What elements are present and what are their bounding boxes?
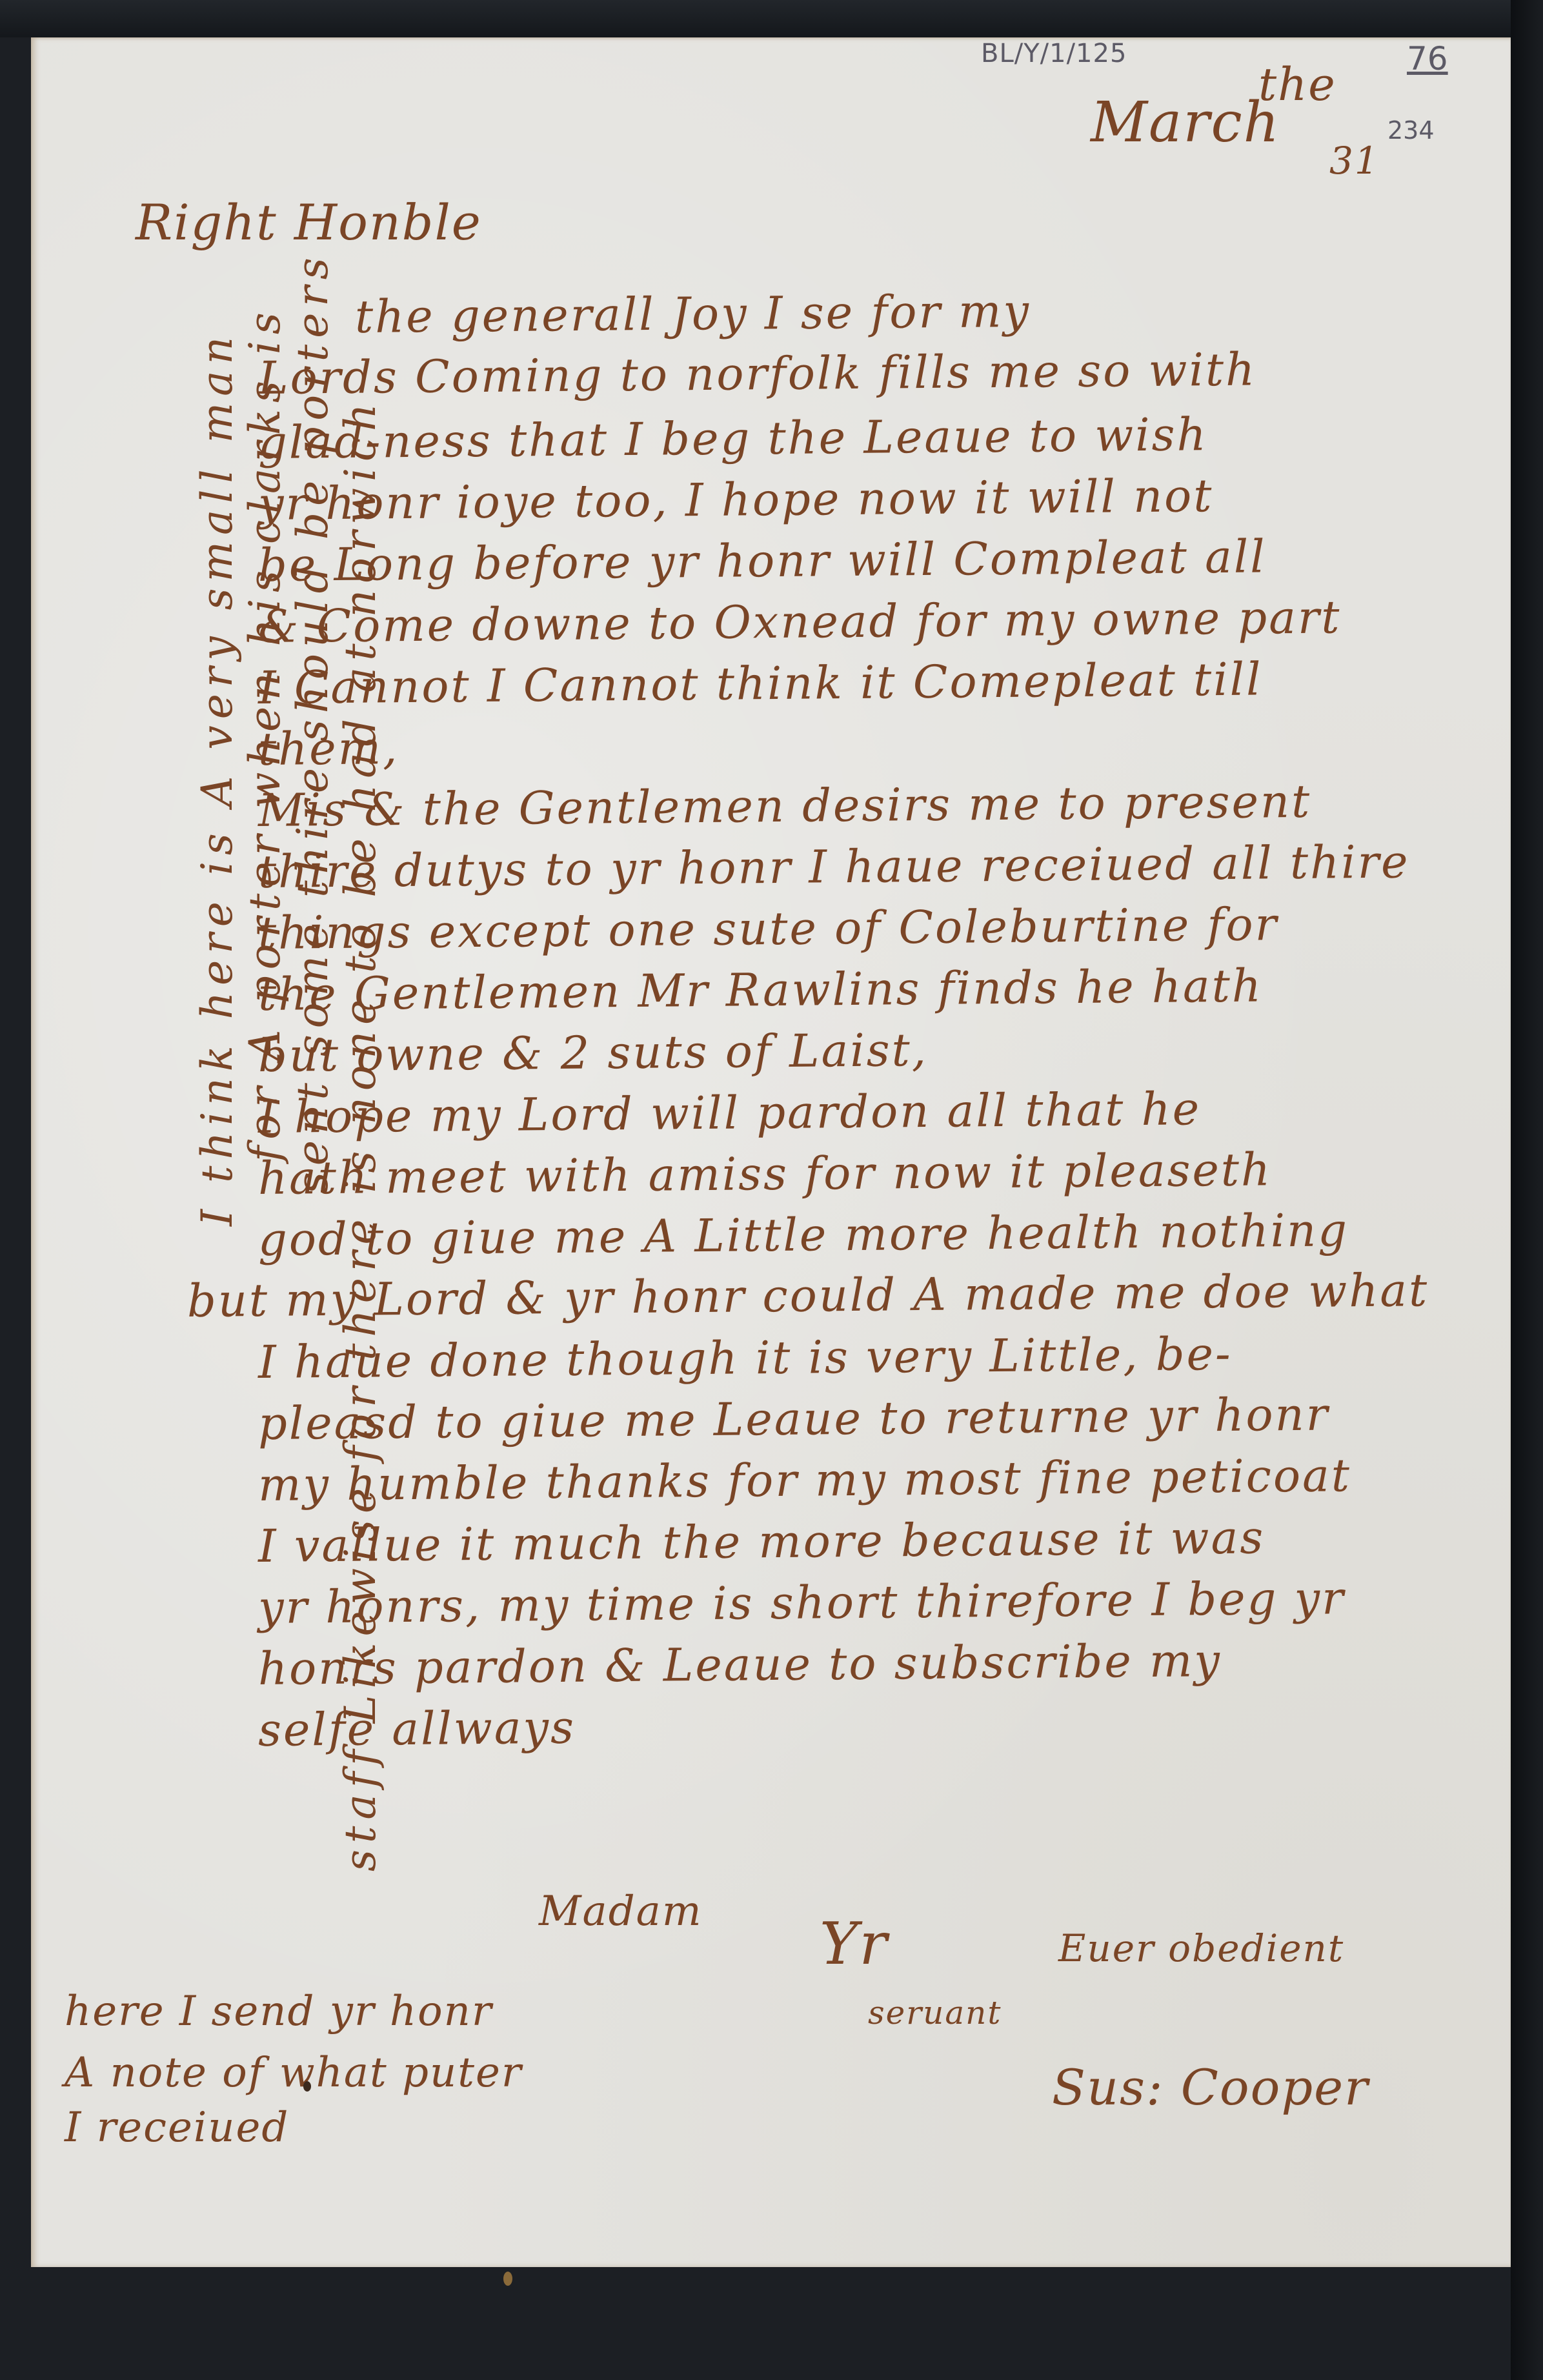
- body-line: thire dutys to yr honr I haue receiued a…: [258, 835, 1410, 898]
- closing-ever-obedient: Euer obedient: [1058, 1926, 1344, 1970]
- postscript-line: A note of what puter: [65, 2049, 522, 2097]
- closing-servant: seruant: [868, 1994, 1002, 2032]
- paper-tear-mark: [503, 2272, 512, 2286]
- body-line: the Gentlemen Mr Rawlins finds he hath: [258, 959, 1264, 1021]
- body-line: yr honr ioye too, I hope now it will not: [258, 469, 1214, 530]
- margin-line: staff Likewise for there is none to be h…: [337, 516, 385, 1936]
- body-line: honrs pardon & Leaue to subscribe my: [258, 1634, 1222, 1695]
- body-line: Lords Coming to norfolk fills me so with: [258, 343, 1257, 405]
- folio-number-bottom: 234: [1387, 116, 1435, 145]
- body-line: be Long before yr honr will Compleat all: [258, 530, 1267, 592]
- body-line: Mis & the Gentlemen desirs me to present: [258, 775, 1312, 837]
- margin-note: I think here is A very small man for A p…: [194, 516, 385, 1936]
- closing-yr: Yr: [820, 1910, 888, 1978]
- body-line: hath meet with amiss for now it pleaseth: [258, 1143, 1273, 1205]
- body-line: yr honrs, my time is short thirefore I b…: [258, 1571, 1346, 1634]
- body-line: I haue done though it is very Little, be…: [258, 1327, 1233, 1389]
- date-month: March: [1091, 90, 1280, 155]
- date-day: 31: [1329, 139, 1380, 183]
- signature: Sus: Cooper: [1052, 2059, 1369, 2116]
- archive-reference: BL/Y/1/125: [981, 39, 1127, 68]
- body-line: I hope my Lord will pardon all that he: [258, 1082, 1202, 1144]
- salutation: Right Honble: [136, 194, 482, 251]
- body-line: & Come downe to Oxnead for my owne part: [258, 590, 1342, 653]
- margin-line: for A porter when his clarks is: [241, 516, 289, 1936]
- body-line: the generall Joy I se for my: [355, 285, 1031, 343]
- background-frame-top: [0, 0, 1543, 37]
- margin-line: I think here is A very small man: [194, 516, 241, 1936]
- background-frame-right: [1511, 0, 1543, 2380]
- date-the: the: [1258, 58, 1336, 111]
- folio-number-top: 76: [1407, 40, 1448, 77]
- postscript-line: here I send yr honr: [65, 1988, 492, 2035]
- ink-spot: [303, 2081, 311, 2092]
- postscript-line: I receiued: [65, 2104, 289, 2152]
- margin-line: sent some thire should be porters: [289, 516, 337, 1936]
- closing-address: Madam: [539, 1888, 703, 1935]
- body-line: things except one sute of Coleburtine fo…: [258, 898, 1279, 960]
- body-line: I vallue it much the more because it was: [258, 1511, 1266, 1573]
- body-line: glad-ness that I beg the Leaue to wish: [258, 408, 1208, 469]
- body-line: pleasd to giue me Leaue to returne yr ho…: [258, 1388, 1330, 1450]
- body-line: god to giue me A Little more health noth…: [258, 1204, 1349, 1266]
- body-line: my humble thanks for my most fine petico…: [258, 1449, 1352, 1511]
- body-line: I Cannot I Cannot think it Comepleat til…: [258, 652, 1263, 714]
